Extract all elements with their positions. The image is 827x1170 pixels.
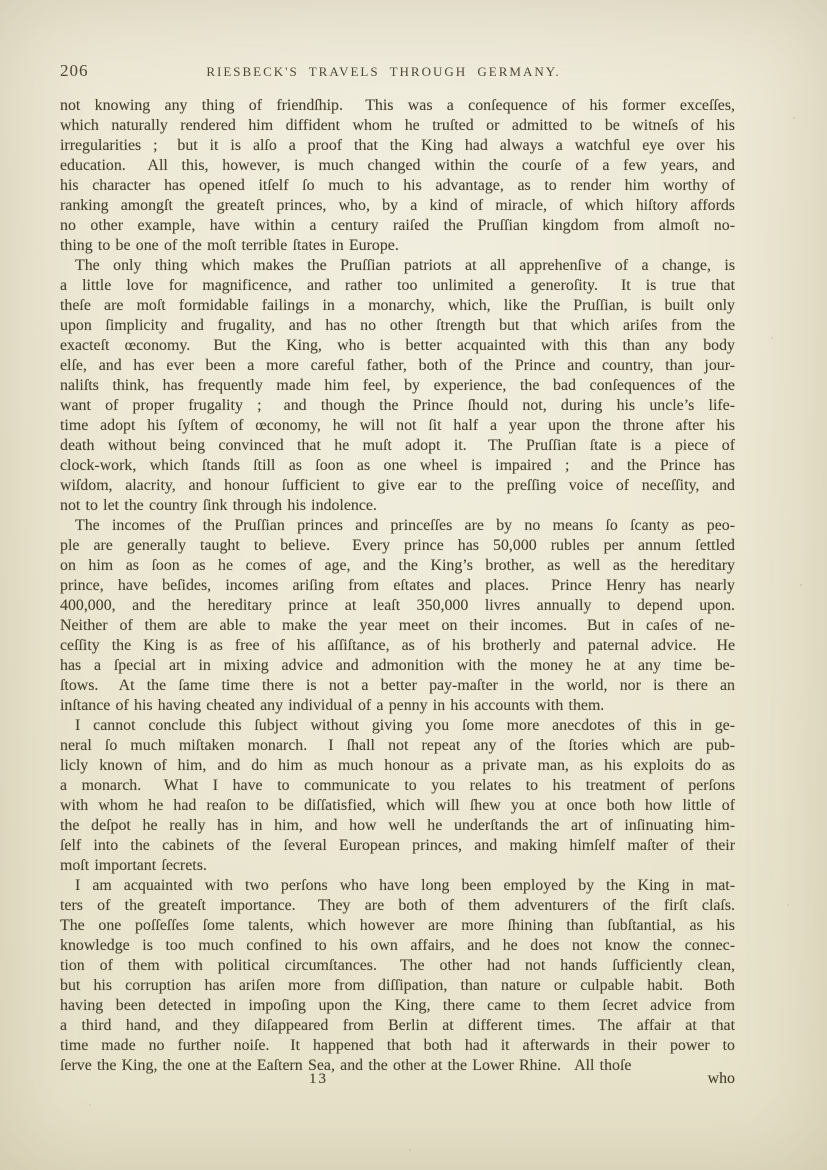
text-line: naliſts think, has frequently made him f… bbox=[60, 376, 735, 396]
text-line: death without being convinced that he mu… bbox=[60, 436, 735, 456]
text-line: moſt important ſecrets. bbox=[60, 856, 735, 876]
catchword: who bbox=[708, 1070, 735, 1088]
text-line: I am acquainted with two perſons who hav… bbox=[60, 876, 735, 896]
text-line: I cannot conclude this ſubject without g… bbox=[60, 716, 735, 736]
text-line: knowledge is too much confined to his ow… bbox=[60, 936, 735, 956]
book-page: 206 RIESBECK'S TRAVELS THROUGH GERMANY. … bbox=[0, 0, 827, 1170]
text-line: 400,000, and the hereditary prince at le… bbox=[60, 596, 735, 616]
text-line: want of proper frugality ; and though th… bbox=[60, 396, 735, 416]
paragraph: not knowing any thing of friendſhip. Thi… bbox=[60, 96, 735, 256]
text-line: education. All this, however, is much ch… bbox=[60, 156, 735, 176]
text-line: ters of the greateſt importance. They ar… bbox=[60, 896, 735, 916]
signature-mark: 13 bbox=[309, 1071, 328, 1088]
text-line: ſerve the King, the one at the Eaſtern S… bbox=[60, 1056, 735, 1076]
text-line: upon ſimplicity and frugality, and has n… bbox=[60, 316, 735, 336]
text-line: which naturally rendered him diffident w… bbox=[60, 116, 735, 136]
text-line: Neither of them are able to make the yea… bbox=[60, 616, 735, 636]
text-line: his character has opened itſelf ſo much … bbox=[60, 176, 735, 196]
paragraph: The only thing which makes the Pruſſian … bbox=[60, 256, 735, 516]
text-block: not knowing any thing of friendſhip. Thi… bbox=[60, 96, 735, 1076]
running-title: RIESBECK'S TRAVELS THROUGH GERMANY. bbox=[60, 64, 707, 80]
text-line: inſtance of his having cheated any indiv… bbox=[60, 696, 735, 716]
text-line: ſelf into the cabinets of the ſeveral Eu… bbox=[60, 836, 735, 856]
text-line: tion of them with political circumſtance… bbox=[60, 956, 735, 976]
paragraph: The incomes of the Pruſſian princes and … bbox=[60, 516, 735, 716]
text-line: no other example, have within a century … bbox=[60, 216, 735, 236]
text-line: The incomes of the Pruſſian princes and … bbox=[60, 516, 735, 536]
text-line: neral ſo much miſtaken monarch. I ſhall … bbox=[60, 736, 735, 756]
text-line: a third hand, and they diſappeared from … bbox=[60, 1016, 735, 1036]
text-line: The only thing which makes the Pruſſian … bbox=[60, 256, 735, 276]
text-line: not knowing any thing of friendſhip. Thi… bbox=[60, 96, 735, 116]
text-line: a monarch. What I have to communicate to… bbox=[60, 776, 735, 796]
text-line: with whom he had reaſon to be diſſatisfi… bbox=[60, 796, 735, 816]
text-line: on him as ſoon as he comes of age, and t… bbox=[60, 556, 735, 576]
text-line: exacteſt œconomy. But the King, who is b… bbox=[60, 336, 735, 356]
text-line: ceſſity the King is as free of his aſſiſ… bbox=[60, 636, 735, 656]
paragraph: I cannot conclude this ſubject without g… bbox=[60, 716, 735, 876]
paragraph: I am acquainted with two perſons who hav… bbox=[60, 876, 735, 1076]
text-line: time adopt his ſyſtem of œconomy, he wil… bbox=[60, 416, 735, 436]
text-line: prince, have beſides, incomes ariſing fr… bbox=[60, 576, 735, 596]
text-line: elſe, and has ever been a more careful f… bbox=[60, 356, 735, 376]
text-line: has a ſpecial art in mixing advice and a… bbox=[60, 656, 735, 676]
text-line: a little love for magnificence, and rath… bbox=[60, 276, 735, 296]
text-line: time made no further noiſe. It happened … bbox=[60, 1036, 735, 1056]
page-header: 206 RIESBECK'S TRAVELS THROUGH GERMANY. bbox=[60, 60, 735, 82]
text-line: The one poſſeſſes ſome talents, which ho… bbox=[60, 916, 735, 936]
text-line: having been detected in impoſing upon th… bbox=[60, 996, 735, 1016]
text-line: ranking amongſt the greateſt princes, wh… bbox=[60, 196, 735, 216]
text-line: wiſdom, alacrity, and honour ſufficient … bbox=[60, 476, 735, 496]
text-line: not to let the country ſink through his … bbox=[60, 496, 735, 516]
text-line: the deſpot he really has in him, and how… bbox=[60, 816, 735, 836]
text-line: ſtows. At the ſame time there is not a b… bbox=[60, 676, 735, 696]
text-line: but his corruption has ariſen more from … bbox=[60, 976, 735, 996]
text-line: irregularities ; but it is alſo a proof … bbox=[60, 136, 735, 156]
text-line: thing to be one of the moſt terrible ſta… bbox=[60, 236, 735, 256]
text-line: theſe are moſt formidable failings in a … bbox=[60, 296, 735, 316]
text-line: clock-work, which ſtands ſtill as ſoon a… bbox=[60, 456, 735, 476]
text-line: licly known of him, and do him as much h… bbox=[60, 756, 735, 776]
text-line: ple are generally taught to believe. Eve… bbox=[60, 536, 735, 556]
